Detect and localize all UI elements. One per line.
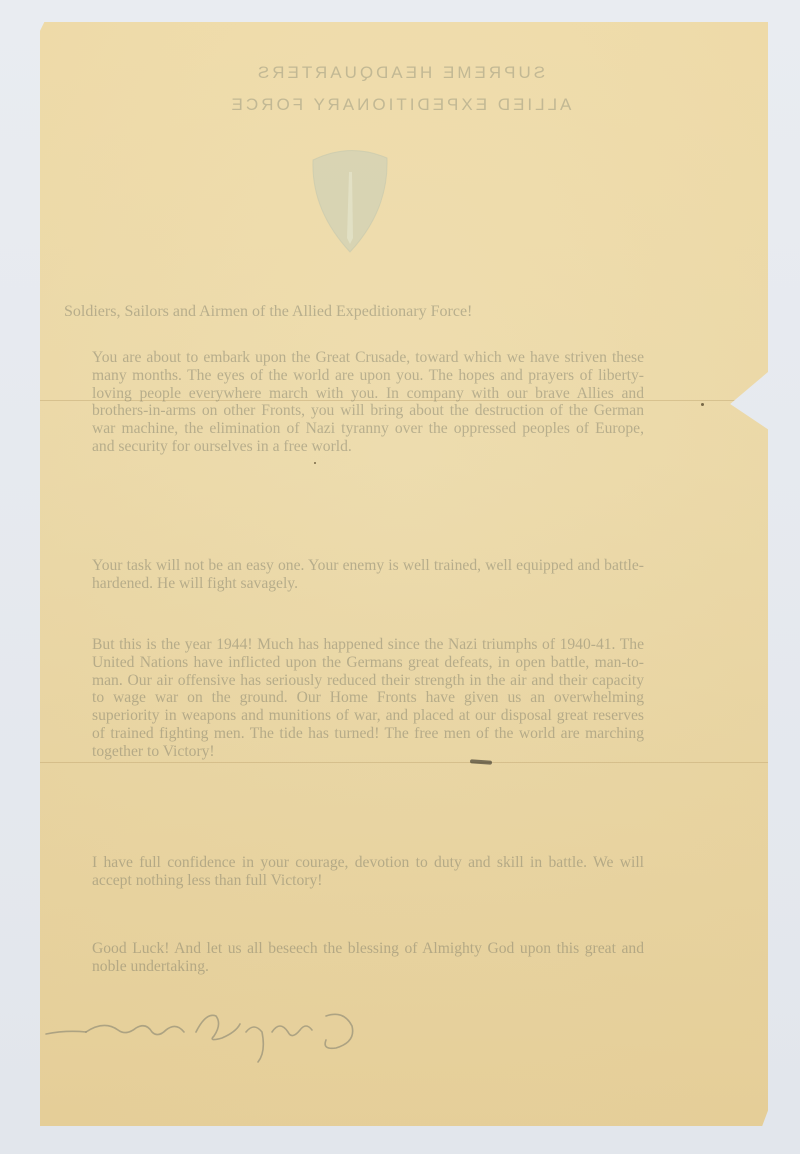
paper-speck [701, 403, 704, 406]
paragraph-5: Good Luck! And let us all beseech the bl… [92, 940, 644, 976]
paper-speck [314, 462, 316, 464]
fold-line [40, 762, 768, 763]
paragraph-1: You are about to embark upon the Great C… [92, 349, 644, 456]
header-line-2: ALLIED EXPEDITIONARY FORCE [0, 95, 800, 115]
shield-emblem-icon [305, 140, 395, 255]
salutation: Soldiers, Sailors and Airmen of the Alli… [64, 303, 724, 321]
paragraph-2: Your task will not be an easy one. Your … [92, 557, 644, 593]
header-line-1: SUPREME HEADQUARTERS [0, 63, 800, 83]
paragraph-3: But this is the year 1944! Much has happ… [92, 636, 644, 761]
paragraph-4: I have full confidence in your courage, … [92, 854, 644, 890]
signature [26, 1002, 386, 1072]
